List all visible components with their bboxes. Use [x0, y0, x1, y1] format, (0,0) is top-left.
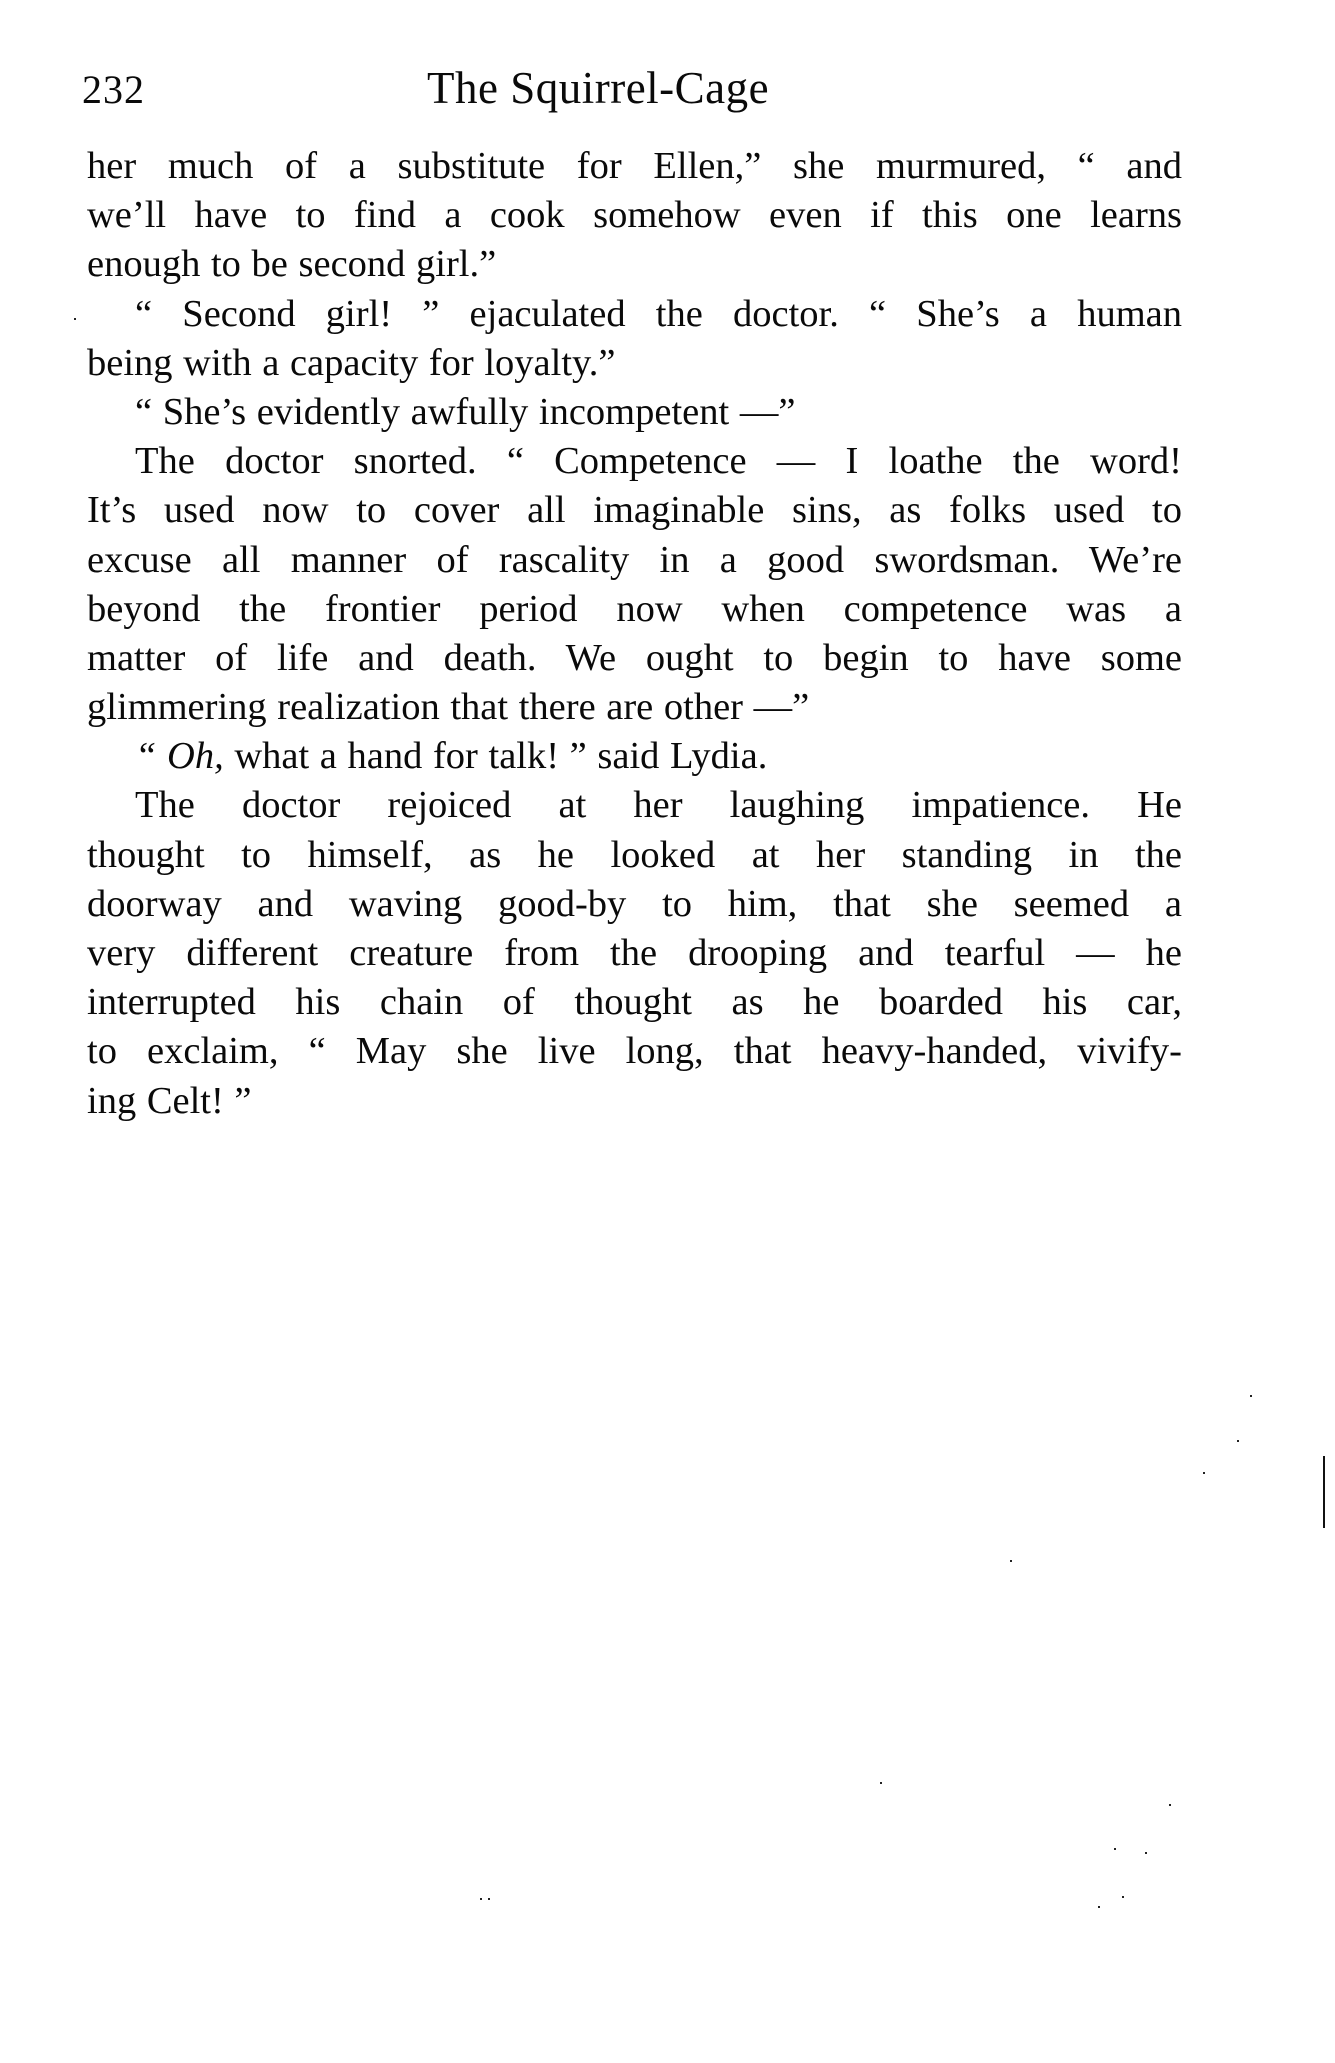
text-line: The doctor rejoiced at her laughing impa… [87, 781, 1182, 830]
page-header: 232 The Squirrel-Cage [82, 62, 1182, 122]
text-span: what a hand for talk! ” said Lydia. [224, 735, 768, 777]
text-line: doorway and waving good-by to him, that … [87, 880, 1182, 929]
scan-speck [1250, 1395, 1252, 1397]
text-line: “ Oh, what a hand for talk! ” said Lydia… [87, 732, 1182, 781]
text-line: very different creature from the droopin… [87, 929, 1182, 978]
text-line: enough to be second girl.” [87, 240, 1182, 289]
text-line: matter of life and death. We ought to be… [87, 634, 1182, 683]
text-line: “ She’s evidently awfully incompetent —” [87, 388, 1182, 437]
page-number: 232 [82, 66, 145, 113]
scan-speck [1122, 1896, 1124, 1898]
text-line: her much of a substitute for Ellen,” she… [87, 142, 1182, 191]
scan-speck [488, 1898, 490, 1900]
scan-speck [1010, 1560, 1012, 1562]
scan-speck [1169, 1804, 1171, 1806]
scan-speck [480, 1898, 482, 1900]
scan-margin-mark [1323, 1456, 1325, 1528]
scan-speck [74, 318, 76, 320]
text-line: glimmering realization that there are ot… [87, 683, 1182, 732]
text-line: The doctor snorted. “ Competence — I loa… [87, 437, 1182, 486]
scan-speck [880, 1782, 882, 1784]
italic-text: “ Oh, [135, 735, 224, 777]
running-title: The Squirrel-Cage [427, 62, 769, 114]
text-line: interrupted his chain of thought as he b… [87, 978, 1182, 1027]
scan-speck [1203, 1472, 1205, 1474]
text-line: we’ll have to find a cook somehow even i… [87, 191, 1182, 240]
text-line: It’s used now to cover all imaginable si… [87, 486, 1182, 535]
body-text: her much of a substitute for Ellen,” she… [87, 142, 1182, 1126]
scan-speck [1114, 1848, 1116, 1850]
scan-speck [1237, 1440, 1239, 1442]
text-line: “ Second girl! ” ejaculated the doctor. … [87, 290, 1182, 339]
text-line: thought to himself, as he looked at her … [87, 831, 1182, 880]
text-line: being with a capacity for loyalty.” [87, 339, 1182, 388]
scan-speck [1098, 1906, 1100, 1908]
text-line: to exclaim, “ May she live long, that he… [87, 1027, 1182, 1076]
scan-speck [1145, 1852, 1147, 1854]
text-line: beyond the frontier period now when comp… [87, 585, 1182, 634]
text-line: excuse all manner of rascality in a good… [87, 536, 1182, 585]
text-line: ing Celt! ” [87, 1077, 1182, 1126]
